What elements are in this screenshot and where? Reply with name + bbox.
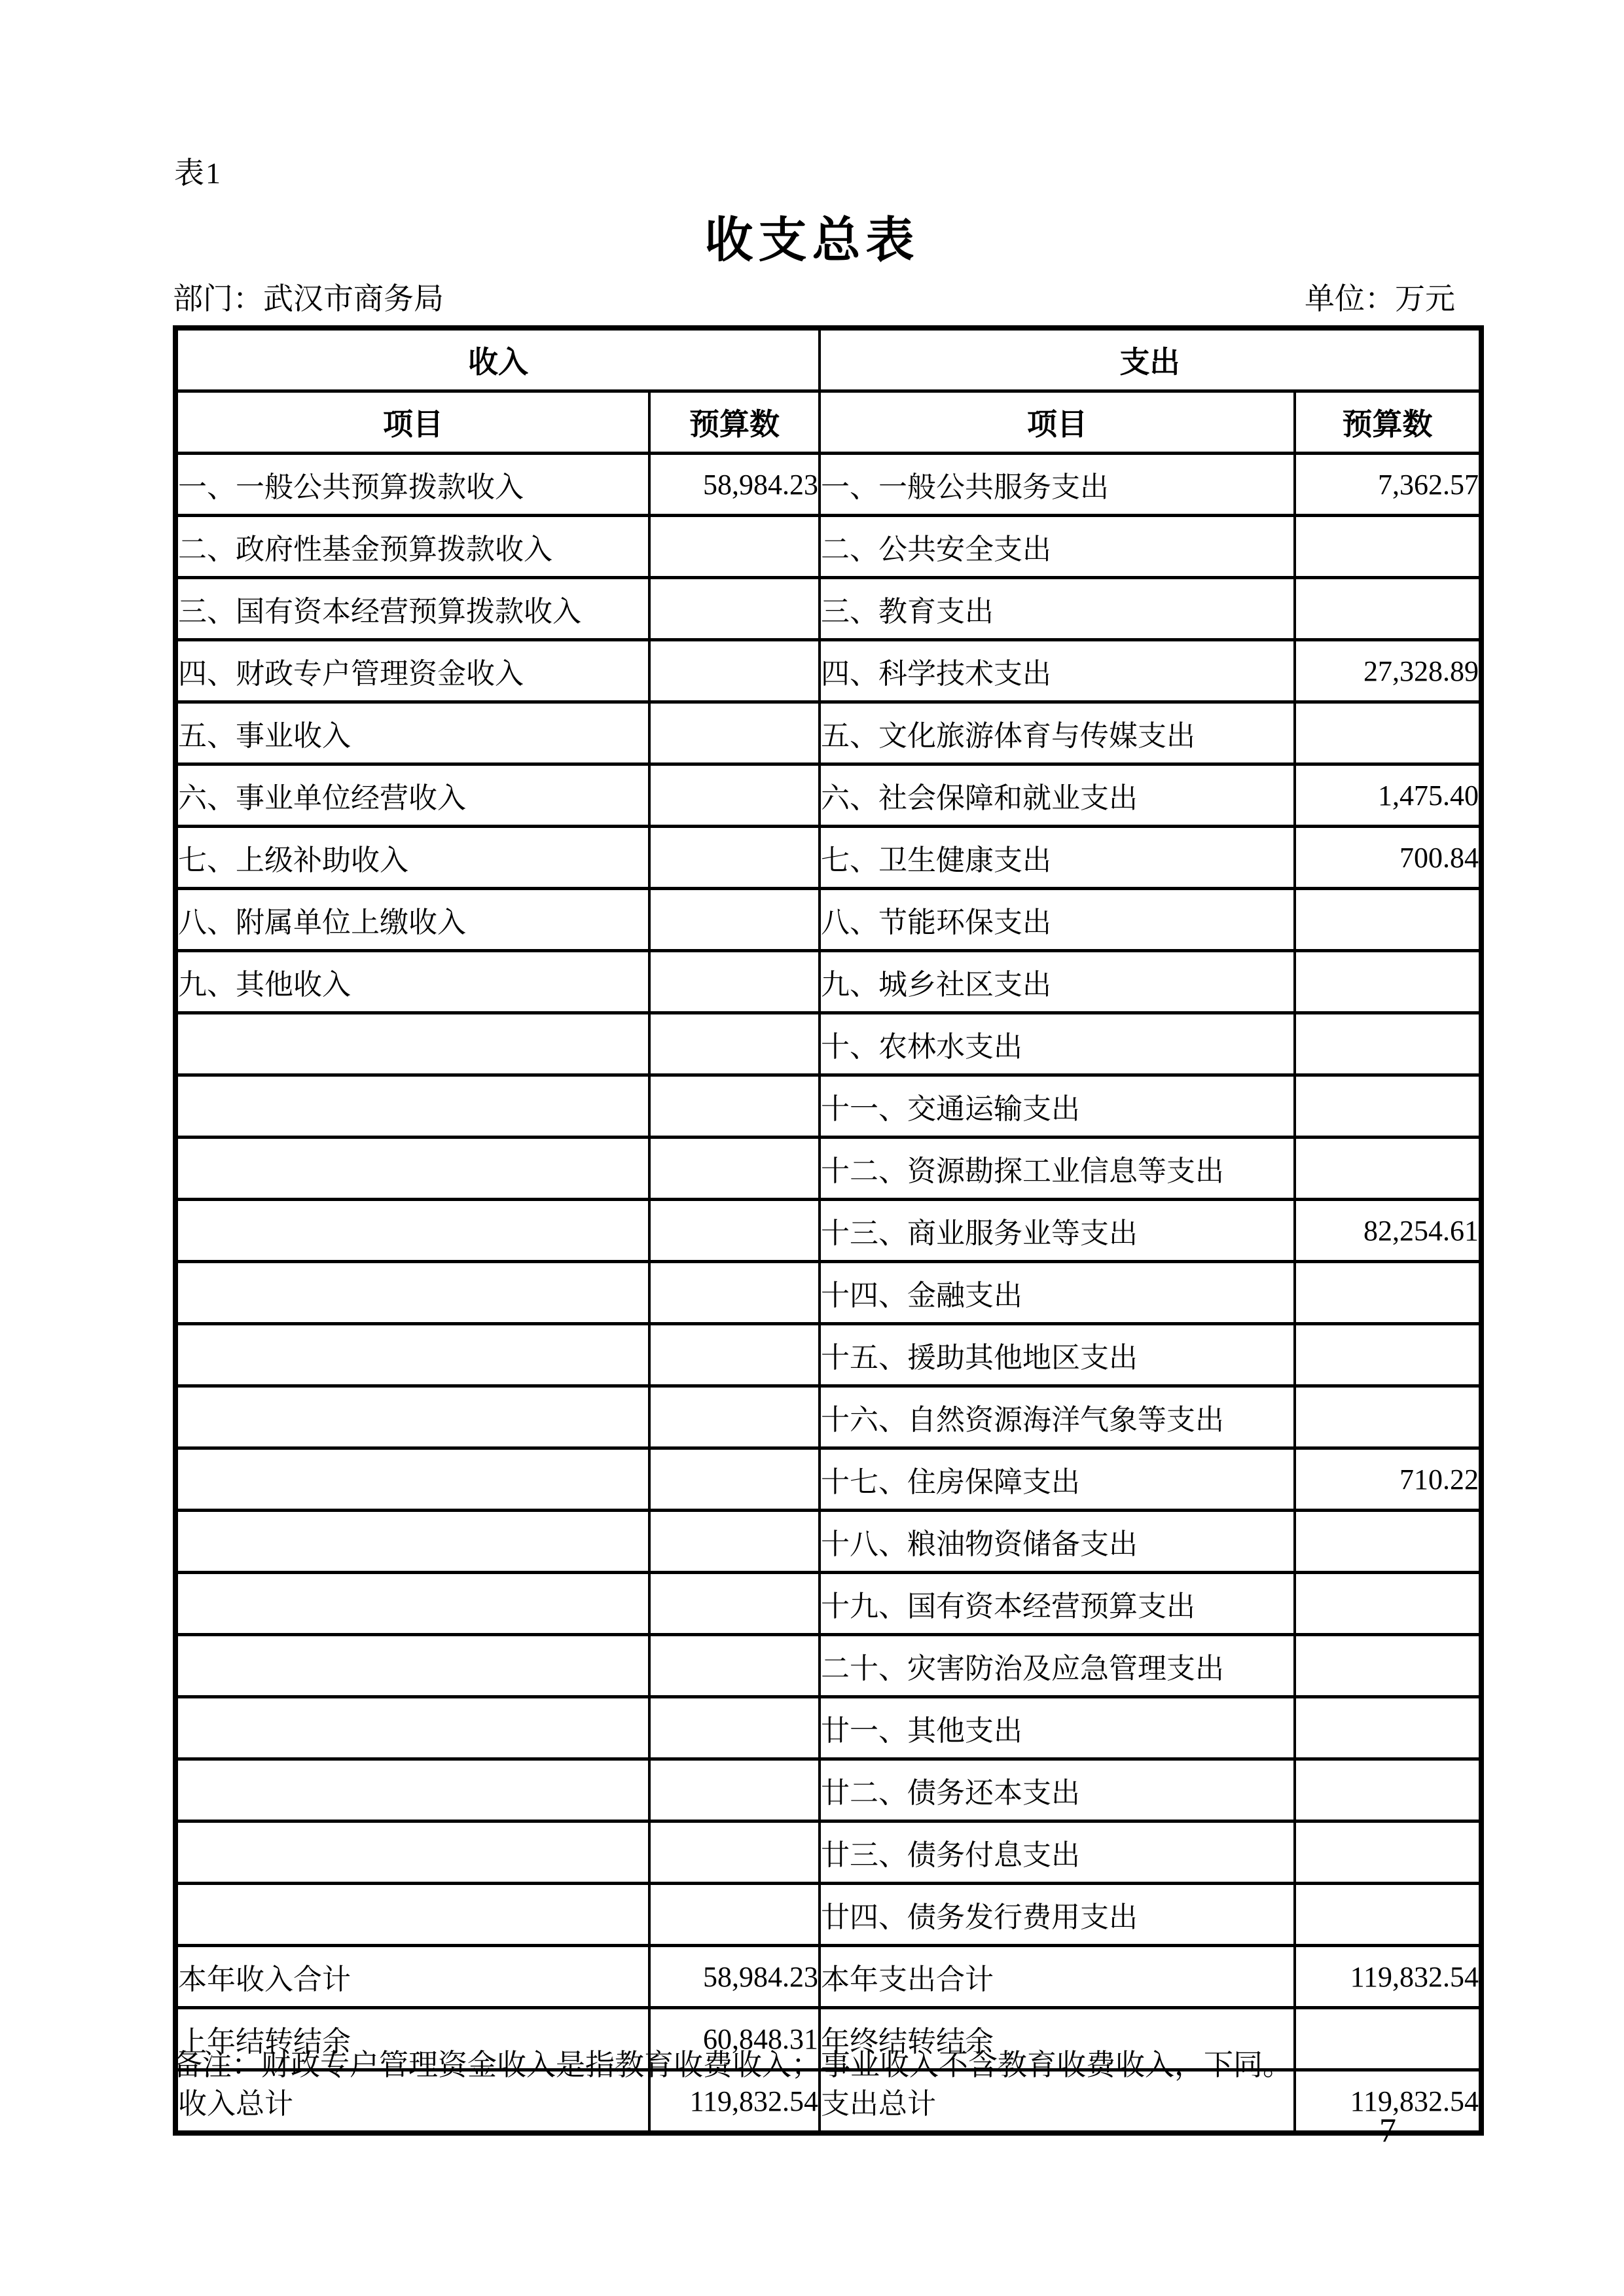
expense-item-cell: 十一、交通运输支出 bbox=[820, 1075, 1295, 1138]
expense-budget-cell bbox=[1295, 1635, 1481, 1697]
expense-item-cell: 十六、自然资源海洋气象等支出 bbox=[820, 1386, 1295, 1448]
expense-budget-cell bbox=[1295, 951, 1481, 1013]
income-budget-cell bbox=[649, 1262, 820, 1324]
expense-item-cell: 三、教育支出 bbox=[820, 578, 1295, 640]
table-row: 八、附属单位上缴收入八、节能环保支出 bbox=[175, 889, 1481, 951]
expense-budget-cell bbox=[1295, 1821, 1481, 1884]
expense-budget-cell: 27,328.89 bbox=[1295, 640, 1481, 702]
income-item-cell: 二、政府性基金预算拨款收入 bbox=[175, 516, 649, 578]
unit-label: 单位：万元 bbox=[1305, 275, 1479, 318]
expense-item-cell: 十五、援助其他地区支出 bbox=[820, 1324, 1295, 1386]
table-row: 廿四、债务发行费用支出 bbox=[175, 1884, 1481, 1946]
income-item-cell bbox=[175, 1448, 649, 1511]
income-item-cell bbox=[175, 1511, 649, 1573]
expense-budget-cell bbox=[1295, 578, 1481, 640]
expense-item-cell: 十二、资源勘探工业信息等支出 bbox=[820, 1138, 1295, 1200]
income-budget-cell bbox=[649, 951, 820, 1013]
expense-budget-cell: 1,475.40 bbox=[1295, 764, 1481, 827]
income-budget-cell bbox=[649, 889, 820, 951]
table-number: 表1 bbox=[174, 149, 222, 192]
expense-budget-cell: 700.84 bbox=[1295, 827, 1481, 889]
income-item-column-header: 项目 bbox=[175, 391, 649, 454]
table-row: 十八、粮油物资储备支出 bbox=[175, 1511, 1481, 1573]
expense-budget-cell bbox=[1295, 702, 1481, 764]
expense-section-header: 支出 bbox=[820, 328, 1481, 391]
expense-item-cell: 八、节能环保支出 bbox=[820, 889, 1295, 951]
income-budget-cell bbox=[649, 1138, 820, 1200]
income-item-cell bbox=[175, 1138, 649, 1200]
table-row: 三、国有资本经营预算拨款收入三、教育支出 bbox=[175, 578, 1481, 640]
income-item-cell bbox=[175, 1759, 649, 1821]
expense-item-cell: 二、公共安全支出 bbox=[820, 516, 1295, 578]
expense-budget-cell bbox=[1295, 1697, 1481, 1759]
expense-item-cell: 二十、灾害防治及应急管理支出 bbox=[820, 1635, 1295, 1697]
expense-budget-cell: 119,832.54 bbox=[1295, 1946, 1481, 2008]
expense-budget-cell bbox=[1295, 1511, 1481, 1573]
expense-item-cell: 十、农林水支出 bbox=[820, 1013, 1295, 1075]
expense-budget-cell bbox=[1295, 516, 1481, 578]
budget-table: 收入 支出 项目 预算数 项目 预算数 一、一般公共预算拨款收入58,984.2… bbox=[173, 325, 1484, 2136]
expense-item-cell: 七、卫生健康支出 bbox=[820, 827, 1295, 889]
expense-item-cell: 本年支出合计 bbox=[820, 1946, 1295, 2008]
income-item-cell bbox=[175, 1573, 649, 1635]
income-item-cell: 七、上级补助收入 bbox=[175, 827, 649, 889]
table-row: 十三、商业服务业等支出82,254.61 bbox=[175, 1200, 1481, 1262]
table-total-row: 本年收入合计58,984.23本年支出合计119,832.54 bbox=[175, 1946, 1481, 2008]
expense-budget-cell: 82,254.61 bbox=[1295, 1200, 1481, 1262]
income-budget-cell bbox=[649, 702, 820, 764]
table-row: 七、上级补助收入七、卫生健康支出700.84 bbox=[175, 827, 1481, 889]
table-row: 四、财政专户管理资金收入四、科学技术支出27,328.89 bbox=[175, 640, 1481, 702]
expense-item-cell: 五、文化旅游体育与传媒支出 bbox=[820, 702, 1295, 764]
table-row: 十五、援助其他地区支出 bbox=[175, 1324, 1481, 1386]
income-budget-cell bbox=[649, 1448, 820, 1511]
table-row: 十六、自然资源海洋气象等支出 bbox=[175, 1386, 1481, 1448]
expense-budget-cell bbox=[1295, 1075, 1481, 1138]
income-item-cell: 三、国有资本经营预算拨款收入 bbox=[175, 578, 649, 640]
income-budget-cell bbox=[649, 640, 820, 702]
income-item-cell bbox=[175, 1262, 649, 1324]
expense-item-column-header: 项目 bbox=[820, 391, 1295, 454]
table-row: 十一、交通运输支出 bbox=[175, 1075, 1481, 1138]
income-budget-cell bbox=[649, 1821, 820, 1884]
table-row: 六、事业单位经营收入六、社会保障和就业支出1,475.40 bbox=[175, 764, 1481, 827]
income-budget-cell: 58,984.23 bbox=[649, 1946, 820, 2008]
department-label: 部门：武汉市商务局 bbox=[173, 275, 444, 318]
table-row: 廿二、债务还本支出 bbox=[175, 1759, 1481, 1821]
income-budget-cell: 58,984.23 bbox=[649, 454, 820, 516]
expense-item-cell: 十九、国有资本经营预算支出 bbox=[820, 1573, 1295, 1635]
income-budget-cell bbox=[649, 1759, 820, 1821]
income-budget-cell bbox=[649, 1884, 820, 1946]
page-number: —7— bbox=[1309, 2111, 1466, 2150]
income-item-cell: 四、财政专户管理资金收入 bbox=[175, 640, 649, 702]
income-item-cell bbox=[175, 1821, 649, 1884]
table-row: 十二、资源勘探工业信息等支出 bbox=[175, 1138, 1481, 1200]
table-row: 十四、金融支出 bbox=[175, 1262, 1481, 1324]
expense-item-cell: 九、城乡社区支出 bbox=[820, 951, 1295, 1013]
group-header-row: 收入 支出 bbox=[175, 328, 1481, 391]
expense-budget-column-header: 预算数 bbox=[1295, 391, 1481, 454]
expense-budget-cell bbox=[1295, 1324, 1481, 1386]
income-budget-cell bbox=[649, 1324, 820, 1386]
footnote: 备注：财政专户管理资金收入是指教育收费收入；事业收入不含教育收费收入，下同。 bbox=[173, 2041, 1547, 2083]
income-item-cell bbox=[175, 1200, 649, 1262]
expense-budget-cell bbox=[1295, 1262, 1481, 1324]
table-row: 十、农林水支出 bbox=[175, 1013, 1481, 1075]
table-row: 一、一般公共预算拨款收入58,984.23一、一般公共服务支出7,362.57 bbox=[175, 454, 1481, 516]
expense-item-cell: 廿四、债务发行费用支出 bbox=[820, 1884, 1295, 1946]
income-budget-column-header: 预算数 bbox=[649, 391, 820, 454]
page-title: 收支总表 bbox=[0, 202, 1624, 271]
income-item-cell: 一、一般公共预算拨款收入 bbox=[175, 454, 649, 516]
income-budget-cell bbox=[649, 1075, 820, 1138]
income-item-cell bbox=[175, 1324, 649, 1386]
table-row: 九、其他收入九、城乡社区支出 bbox=[175, 951, 1481, 1013]
expense-item-cell: 十四、金融支出 bbox=[820, 1262, 1295, 1324]
income-budget-cell bbox=[649, 578, 820, 640]
expense-budget-cell bbox=[1295, 1759, 1481, 1821]
income-section-header: 收入 bbox=[175, 328, 820, 391]
income-budget-cell bbox=[649, 1573, 820, 1635]
income-item-cell bbox=[175, 1013, 649, 1075]
expense-item-cell: 廿一、其他支出 bbox=[820, 1697, 1295, 1759]
income-item-cell bbox=[175, 1075, 649, 1138]
income-budget-cell bbox=[649, 1511, 820, 1573]
income-item-cell: 本年收入合计 bbox=[175, 1946, 649, 2008]
table-row: 二十、灾害防治及应急管理支出 bbox=[175, 1635, 1481, 1697]
meta-row: 部门：武汉市商务局 单位：万元 bbox=[173, 275, 1479, 318]
table-row: 廿三、债务付息支出 bbox=[175, 1821, 1481, 1884]
table-row: 十七、住房保障支出710.22 bbox=[175, 1448, 1481, 1511]
income-budget-cell bbox=[649, 1013, 820, 1075]
income-item-cell bbox=[175, 1884, 649, 1946]
expense-item-cell: 六、社会保障和就业支出 bbox=[820, 764, 1295, 827]
table-row: 二、政府性基金预算拨款收入二、公共安全支出 bbox=[175, 516, 1481, 578]
income-budget-cell bbox=[649, 516, 820, 578]
expense-budget-cell bbox=[1295, 889, 1481, 951]
expense-budget-cell bbox=[1295, 1573, 1481, 1635]
budget-table-body: 一、一般公共预算拨款收入58,984.23一、一般公共服务支出7,362.57二… bbox=[175, 454, 1481, 2134]
income-budget-cell bbox=[649, 827, 820, 889]
expense-budget-cell: 7,362.57 bbox=[1295, 454, 1481, 516]
income-item-cell bbox=[175, 1635, 649, 1697]
expense-item-cell: 十三、商业服务业等支出 bbox=[820, 1200, 1295, 1262]
expense-item-cell: 四、科学技术支出 bbox=[820, 640, 1295, 702]
column-header-row: 项目 预算数 项目 预算数 bbox=[175, 391, 1481, 454]
expense-item-cell: 廿三、债务付息支出 bbox=[820, 1821, 1295, 1884]
expense-item-cell: 十八、粮油物资储备支出 bbox=[820, 1511, 1295, 1573]
income-budget-cell bbox=[649, 1635, 820, 1697]
expense-budget-cell bbox=[1295, 1386, 1481, 1448]
table-row: 廿一、其他支出 bbox=[175, 1697, 1481, 1759]
expense-item-cell: 一、一般公共服务支出 bbox=[820, 454, 1295, 516]
income-item-cell: 八、附属单位上缴收入 bbox=[175, 889, 649, 951]
income-item-cell bbox=[175, 1697, 649, 1759]
budget-table-head: 收入 支出 项目 预算数 项目 预算数 bbox=[175, 328, 1481, 454]
expense-budget-cell: 710.22 bbox=[1295, 1448, 1481, 1511]
expense-item-cell: 十七、住房保障支出 bbox=[820, 1448, 1295, 1511]
income-budget-cell bbox=[649, 1386, 820, 1448]
table-row: 五、事业收入五、文化旅游体育与传媒支出 bbox=[175, 702, 1481, 764]
expense-item-cell: 廿二、债务还本支出 bbox=[820, 1759, 1295, 1821]
income-budget-cell bbox=[649, 1200, 820, 1262]
income-budget-cell bbox=[649, 1697, 820, 1759]
income-item-cell: 五、事业收入 bbox=[175, 702, 649, 764]
expense-budget-cell bbox=[1295, 1013, 1481, 1075]
table-row: 十九、国有资本经营预算支出 bbox=[175, 1573, 1481, 1635]
income-item-cell: 六、事业单位经营收入 bbox=[175, 764, 649, 827]
income-item-cell bbox=[175, 1386, 649, 1448]
expense-budget-cell bbox=[1295, 1884, 1481, 1946]
income-budget-cell bbox=[649, 764, 820, 827]
expense-budget-cell bbox=[1295, 1138, 1481, 1200]
income-item-cell: 九、其他收入 bbox=[175, 951, 649, 1013]
